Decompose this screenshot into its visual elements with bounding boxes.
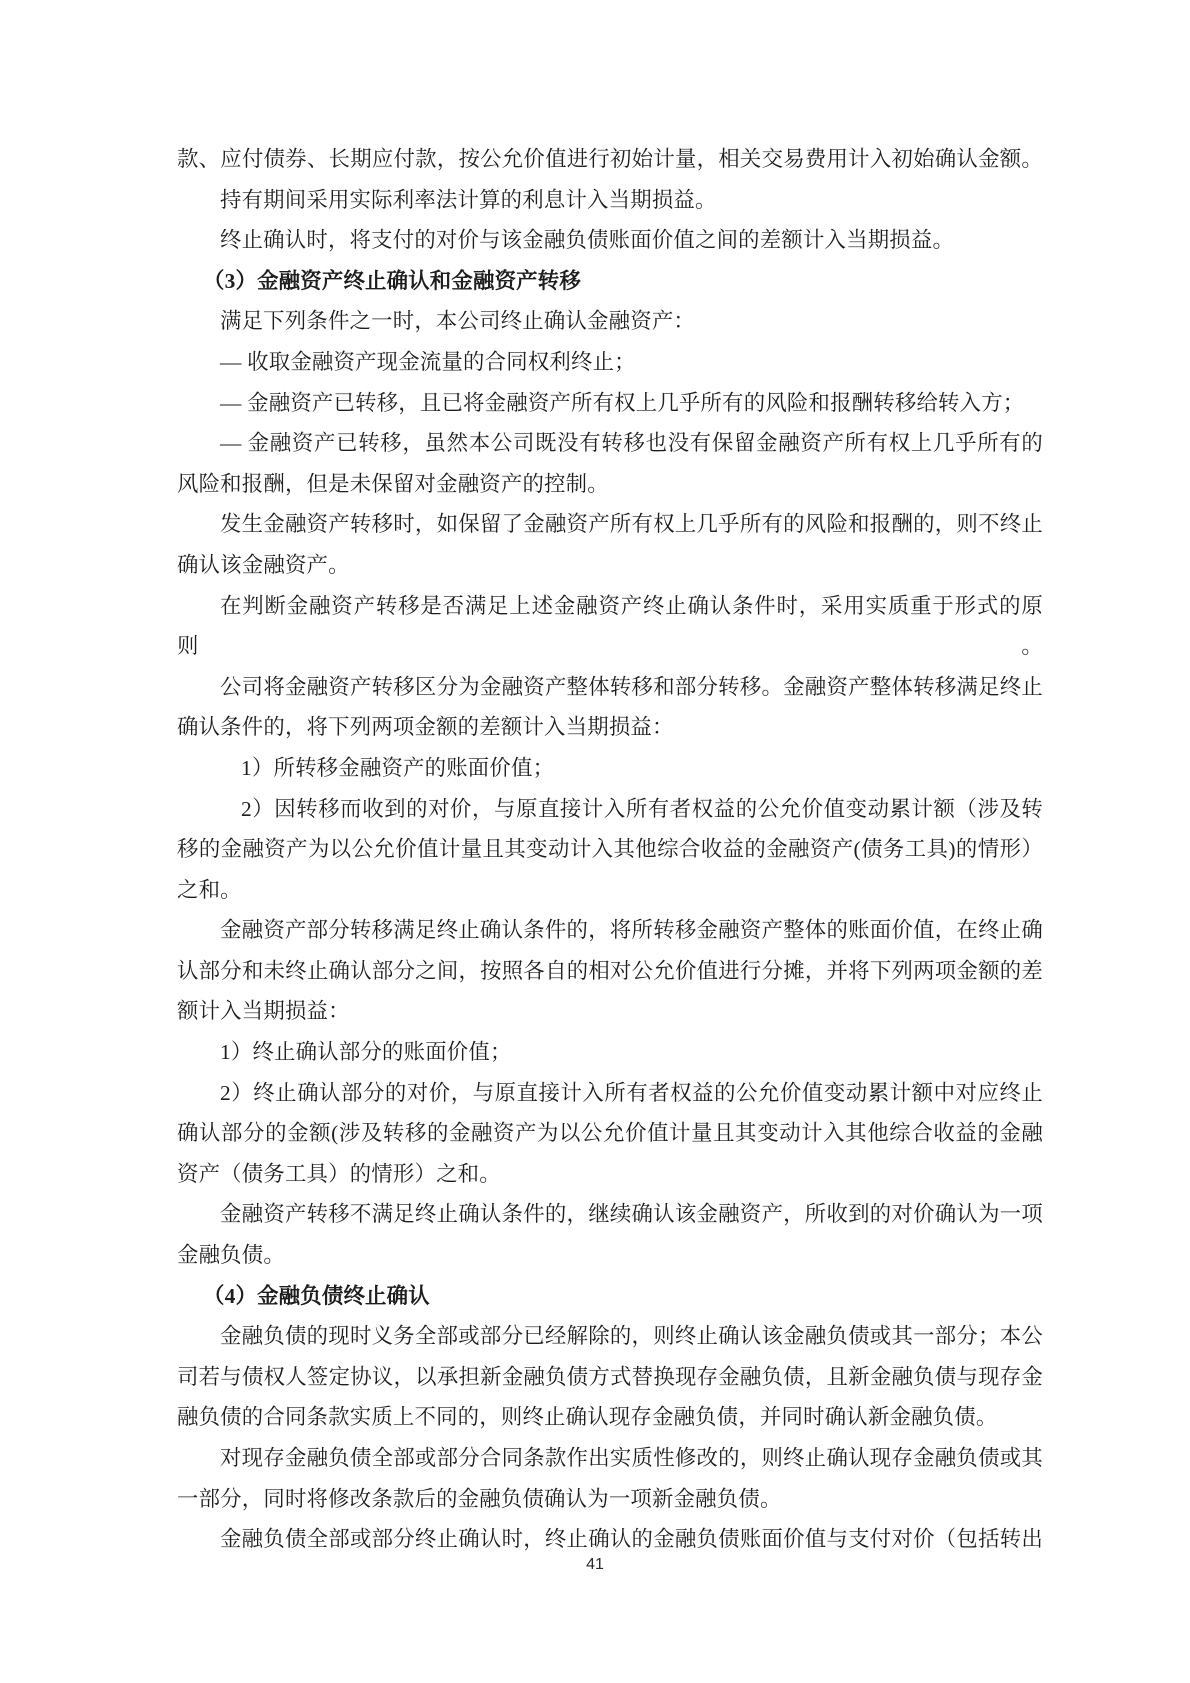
text-line: 确认该金融资产。 bbox=[177, 545, 1043, 586]
list-item-numbered: 1）终止确认部分的账面价值； bbox=[177, 1032, 1043, 1073]
text-line: 金融负债的现时义务全部或部分已经解除的，则终止确认该金融负债或其一部分；本公 bbox=[177, 1316, 1043, 1357]
text-line: 款、应付债券、长期应付款，按公允价值进行初始计量，相关交易费用计入初始确认金额。 bbox=[177, 139, 1043, 180]
text-line: 风险和报酬，但是未保留对金融资产的控制。 bbox=[177, 464, 1043, 505]
list-item-numbered: 2）终止确认部分的对价，与原直接计入所有者权益的公允价值变动累计额中对应终止 bbox=[177, 1073, 1043, 1114]
document-body: 款、应付债券、长期应付款，按公允价值进行初始计量，相关交易费用计入初始确认金额。… bbox=[177, 139, 1043, 1560]
text-line: 满足下列条件之一时，本公司终止确认金融资产： bbox=[177, 301, 1043, 342]
text-line: 金融负债。 bbox=[177, 1235, 1043, 1276]
text-line: 融负债的合同条款实质上不同的，则终止确认现存金融负债，并同时确认新金融负债。 bbox=[177, 1397, 1043, 1438]
text-line: 额计入当期损益： bbox=[177, 991, 1043, 1032]
list-item-dash: — 金融资产已转移，且已将金融资产所有权上几乎所有的风险和报酬转移给转入方； bbox=[177, 383, 1043, 424]
text-line: 金融资产转移不满足终止确认条件的，继续确认该金融资产，所收到的对价确认为一项 bbox=[177, 1194, 1043, 1235]
text-line: 公司将金融资产转移区分为金融资产整体转移和部分转移。金融资产整体转移满足终止 bbox=[177, 667, 1043, 708]
text-line: 金融资产部分转移满足终止确认条件的，将所转移金融资产整体的账面价值，在终止确 bbox=[177, 910, 1043, 951]
list-item-dash: — 金融资产已转移，虽然本公司既没有转移也没有保留金融资产所有权上几乎所有的 bbox=[177, 423, 1043, 464]
text-line: 一部分，同时将修改条款后的金融负债确认为一项新金融负债。 bbox=[177, 1479, 1043, 1520]
section-heading-3: （3）金融资产终止确认和金融资产转移 bbox=[177, 261, 1043, 302]
text-line: 确认部分的金额(涉及转移的金融资产为以公允价值计量且其变动计入其他综合收益的金融 bbox=[177, 1113, 1043, 1154]
text-line: 认部分和未终止确认部分之间，按照各自的相对公允价值进行分摊，并将下列两项金额的差 bbox=[177, 951, 1043, 992]
text-line: 金融负债全部或部分终止确认时，终止确认的金融负债账面价值与支付对价（包括转出 bbox=[177, 1519, 1043, 1560]
text-line: 持有期间采用实际利率法计算的利息计入当期损益。 bbox=[177, 180, 1043, 221]
text-line: 在判断金融资产转移是否满足上述金融资产终止确认条件时，采用实质重于形式的原则。 bbox=[177, 586, 1043, 667]
text-line: 司若与债权人签定协议，以承担新金融负债方式替换现存金融负债，且新金融负债与现存金 bbox=[177, 1357, 1043, 1398]
list-item-dash: — 收取金融资产现金流量的合同权利终止； bbox=[177, 342, 1043, 383]
list-item-numbered: 1）所转移金融资产的账面价值； bbox=[177, 748, 1043, 789]
list-item-numbered: 2）因转移而收到的对价，与原直接计入所有者权益的公允价值变动累计额（涉及转 bbox=[177, 789, 1043, 830]
section-heading-4: （4）金融负债终止确认 bbox=[177, 1276, 1043, 1317]
text-line: 移的金融资产为以公允价值计量且其变动计入其他综合收益的金融资产(债务工具)的情形… bbox=[177, 829, 1043, 870]
page-number: 41 bbox=[0, 1556, 1190, 1574]
text-line: 之和。 bbox=[177, 870, 1043, 911]
text-line: 发生金融资产转移时，如保留了金融资产所有权上几乎所有的风险和报酬的，则不终止 bbox=[177, 504, 1043, 545]
text-line: 资产（债务工具）的情形）之和。 bbox=[177, 1154, 1043, 1195]
text-line: 确认条件的，将下列两项金额的差额计入当期损益： bbox=[177, 707, 1043, 748]
text-line: 终止确认时，将支付的对价与该金融负债账面价值之间的差额计入当期损益。 bbox=[177, 220, 1043, 261]
document-page: 款、应付债券、长期应付款，按公允价值进行初始计量，相关交易费用计入初始确认金额。… bbox=[0, 0, 1190, 1683]
text-line: 对现存金融负债全部或部分合同条款作出实质性修改的，则终止确认现存金融负债或其 bbox=[177, 1438, 1043, 1479]
